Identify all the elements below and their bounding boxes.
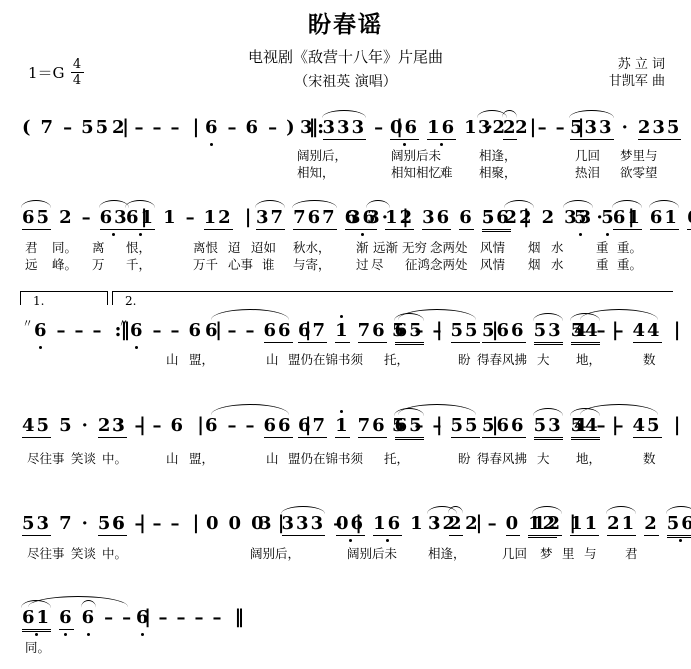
note-token: 21 — [607, 513, 636, 536]
note-token: · — [597, 207, 605, 229]
lyric-chunk: 离 — [92, 238, 105, 256]
note-token: 67 — [298, 415, 327, 438]
note-token: 5 — [392, 415, 407, 437]
note-token: 55 — [451, 415, 480, 438]
note-token: 4 — [574, 415, 589, 437]
note-token: 7 — [41, 117, 56, 139]
note-token: 533 — [570, 117, 614, 140]
lyric-chunk: 中。 — [102, 449, 127, 467]
note-token: 2 — [644, 513, 659, 536]
note-token: – — [228, 320, 237, 342]
note-token: 66 — [264, 320, 293, 343]
note-token: 2 — [542, 207, 557, 229]
lyric-chunk: 阔别后未 — [391, 146, 441, 164]
lyric-chunk: 地， — [576, 350, 601, 368]
lyric-chunk: 山 — [166, 350, 179, 368]
measure: 〃6–––:‖ — [22, 319, 129, 343]
note-token: 566 — [482, 415, 526, 438]
lyric-chunk: 相知相忆 — [391, 163, 441, 181]
note-token: 566 — [482, 320, 526, 343]
lyric-chunk: 远 — [25, 255, 38, 273]
lyric-chunk: 大 — [537, 449, 550, 467]
bar-line: | — [193, 116, 199, 138]
sheet-music-page: 盼春谣 电视剧《敌营十八年》片尾曲 （宋祖英 演唱） 1＝G 4 4 苏 立 词… — [0, 0, 691, 669]
note-token: 61 — [126, 207, 155, 230]
note-token: 6 — [112, 513, 127, 535]
performer-line: （宋祖英 演唱） — [0, 71, 691, 91]
note-token: 6 — [205, 320, 220, 342]
note-token: – — [415, 415, 424, 437]
note-token: ) — [286, 117, 297, 139]
note-token: 53 — [22, 513, 51, 536]
note-token: 44 — [633, 320, 662, 343]
note-token: 6 — [205, 415, 220, 437]
lyric-chunk: 与寄， — [293, 255, 331, 273]
note-token: – — [122, 607, 131, 629]
note-token: 55 — [81, 117, 110, 139]
measure: 4––44| — [574, 319, 680, 343]
note-token: 45 — [633, 415, 662, 438]
note-token: ( — [22, 117, 33, 139]
note-token: – — [597, 320, 606, 342]
note-token: – — [159, 607, 168, 629]
lyric-chunk: 重 — [596, 255, 609, 273]
note-token: 16 — [427, 117, 456, 140]
note-token: – — [177, 607, 186, 629]
note-token: 1 — [335, 320, 350, 343]
lyric-chunk: 数 — [643, 449, 656, 467]
ornament-icon: 〃 — [22, 313, 33, 335]
lyric-chunk: 山 — [166, 449, 179, 467]
note-token: – — [75, 320, 84, 342]
lyric-chunk: 水 — [551, 238, 564, 256]
note-token: – — [63, 117, 72, 139]
lyric-chunk: 盟， — [189, 449, 214, 467]
lyric-chunk: 过 — [356, 255, 369, 273]
lyric-chunk: 大 — [537, 350, 550, 368]
note-token: 37 — [256, 207, 285, 230]
lyric-chunk: 风情 — [480, 238, 505, 256]
bar-line: | — [245, 206, 251, 228]
composer-credit: 甘凯军 曲 — [609, 70, 665, 89]
note-token: 7 — [59, 513, 74, 535]
lyric-chunk: 里 — [562, 544, 575, 562]
note-token: 12 — [385, 207, 414, 230]
lyric-chunk: 念两处 — [430, 255, 468, 273]
lyric-chunk: 得春风拂 — [477, 350, 527, 368]
measure: 3333–| — [300, 116, 402, 140]
note-token: – — [433, 320, 442, 342]
note-token: 4 — [574, 320, 589, 342]
note-token: · — [82, 513, 90, 535]
note-token: 61 — [613, 207, 642, 230]
note-token: 2 — [465, 513, 480, 535]
note-token: – — [153, 415, 162, 437]
note-token: 235 — [638, 117, 682, 140]
lyric-chunk: 几回 — [502, 544, 527, 562]
note-token: – — [433, 415, 442, 437]
note-token: 36 — [348, 207, 377, 230]
lyric-chunk: 念两处 — [430, 238, 468, 256]
note-token: 5 — [392, 320, 407, 342]
note-token: 65 — [22, 207, 51, 230]
note-token: – — [171, 320, 180, 342]
volta-bracket: 2. — [112, 291, 673, 305]
note-token: 56 — [667, 513, 691, 538]
note-token: 6 — [34, 320, 49, 342]
lyric-chunk: 相逢， — [428, 544, 466, 562]
note-token: – — [615, 415, 624, 437]
lyric-chunk: 盟仍在锦书须 — [288, 350, 363, 368]
lyric-chunk: 与 — [584, 544, 597, 562]
note-token: 6 — [59, 607, 74, 630]
lyric-chunk: 托， — [384, 350, 409, 368]
lyric-chunk: 万千 — [193, 255, 218, 273]
lyric-chunk: 恨， — [126, 238, 151, 256]
measure: 6–––| — [112, 512, 198, 536]
note-token: 3 — [259, 513, 274, 535]
bar-line: | — [193, 512, 199, 534]
lyric-chunk: 盟仍在锦书须 — [288, 449, 363, 467]
lyric-chunk: 君 — [25, 238, 38, 256]
slur-arc — [398, 404, 476, 415]
note-token: 0 — [229, 513, 244, 535]
note-token: 5 — [482, 207, 497, 229]
measure: 5·61616| — [574, 206, 691, 230]
note-token: 767 — [293, 207, 337, 230]
lyric-chunk: 笑谈 — [71, 544, 96, 562]
note-token: 55 — [451, 320, 480, 343]
note-token: 63 — [100, 207, 129, 230]
lyric-chunk: 千， — [126, 255, 151, 273]
note-token: – — [213, 607, 222, 629]
note-token: 53 — [534, 415, 563, 440]
lyric-chunk: 山 — [266, 449, 279, 467]
volta-label: 1. — [33, 294, 44, 308]
measure: 611–12| — [126, 206, 251, 230]
measure: 3––6| — [112, 414, 203, 438]
lyric-chunk: 尽往事 — [27, 449, 65, 467]
note-token: – — [246, 415, 255, 437]
note-token: 12 — [204, 207, 233, 230]
note-token: 0 — [206, 513, 221, 535]
note-token: – — [171, 513, 180, 535]
lyric-chunk: 得春风拂 — [477, 449, 527, 467]
lyric-chunk: 托， — [384, 449, 409, 467]
lyric-chunk: 热泪 — [575, 163, 600, 181]
note-token: 06 — [390, 117, 419, 140]
note-token: 5 — [59, 415, 74, 437]
note-token: 76 — [358, 320, 387, 343]
note-token: 6 — [171, 415, 186, 437]
meter-denominator: 4 — [73, 74, 81, 87]
lyric-chunk: 阔别后， — [250, 544, 300, 562]
lyric-chunk: 梦里与 — [620, 146, 658, 164]
lyric-chunk: 数 — [643, 350, 656, 368]
lyric-chunk: 相聚， — [479, 163, 517, 181]
note-token: 6 — [130, 320, 145, 342]
slur-arc — [211, 309, 289, 320]
note-token: · — [622, 117, 630, 139]
lyric-chunk: 离恨 — [193, 238, 218, 256]
bar-line: | — [197, 414, 203, 436]
note-token: 45 — [22, 415, 51, 438]
note-token: 1 — [335, 415, 350, 438]
lyric-chunk: 难 — [440, 163, 453, 181]
note-token: · — [82, 415, 90, 437]
note-token: 61 — [22, 607, 51, 632]
note-token: 333 — [282, 513, 326, 536]
note-token: 36 — [422, 207, 451, 230]
lyric-chunk: 尽 — [371, 255, 384, 273]
note-token: – — [57, 320, 66, 342]
volta-label: 2. — [125, 294, 136, 308]
measure: 6166––| — [22, 606, 150, 630]
note-token: 6 — [246, 117, 261, 139]
note-token: – — [415, 320, 424, 342]
slur-arc — [580, 309, 658, 320]
note-token: 6 — [136, 607, 151, 629]
lyric-chunk: 重。 — [617, 255, 642, 273]
lyric-chunk: 秋水， — [293, 238, 331, 256]
lyric-chunk: 迢 — [228, 238, 241, 256]
song-subtitle: 电视剧《敌营十八年》片尾曲 — [0, 46, 691, 67]
lyric-chunk: 盼 — [458, 449, 471, 467]
lyric-chunk: 水 — [551, 255, 564, 273]
slur-arc — [211, 404, 289, 415]
lyric-chunk: 心事 — [228, 255, 253, 273]
lyric-chunk: 相知， — [297, 163, 335, 181]
note-token: 3 — [300, 117, 315, 139]
note-token: 06 — [336, 513, 365, 536]
meter-fraction: 4 4 — [71, 58, 84, 87]
final-bar-line: ‖ — [235, 606, 244, 628]
note-token: – — [82, 207, 91, 229]
lyric-chunk: 地， — [576, 449, 601, 467]
slur-arc — [398, 309, 476, 320]
measure: 6––––‖ — [136, 606, 243, 630]
note-token: 6 — [687, 207, 691, 230]
lyric-chunk: 尽往事 — [27, 544, 65, 562]
note-token: – — [374, 117, 383, 139]
lyric-chunk: 同。 — [52, 238, 77, 256]
note-token: 6 — [205, 117, 220, 139]
note-token: – — [135, 513, 144, 535]
note-token: 0 — [506, 513, 521, 536]
key-signature: 1＝G 4 4 — [28, 58, 84, 87]
note-token: 66 — [264, 415, 293, 438]
lyric-chunk: 同。 — [25, 638, 50, 656]
note-token: 6 — [82, 607, 97, 629]
note-token: – — [153, 320, 162, 342]
note-token: 6 — [189, 320, 204, 342]
lyric-chunk: 无穷 — [402, 238, 427, 256]
lyric-chunk: 渐 — [356, 238, 369, 256]
note-token: 5 — [574, 207, 589, 229]
lyric-chunk: 阔别后未 — [347, 544, 397, 562]
note-token: 76 — [358, 415, 387, 438]
note-token: 32 — [428, 513, 457, 535]
note-token: 61 — [650, 207, 679, 230]
lyric-chunk: 几回 — [575, 146, 600, 164]
note-token: 333 — [323, 117, 367, 140]
lyric-chunk: 重。 — [617, 238, 642, 256]
note-token: – — [135, 415, 144, 437]
measure: 1211212561| — [533, 512, 691, 536]
lyric-chunk: 欲零望 — [620, 163, 658, 181]
ornament-icon: 〃 — [118, 313, 129, 335]
note-token: – — [556, 117, 565, 139]
measure: 2–––| — [112, 116, 198, 140]
note-token: 53 — [534, 320, 563, 345]
note-token: – — [268, 117, 277, 139]
note-token: – — [171, 117, 180, 139]
bar-line: | — [674, 319, 680, 341]
slur-arc — [580, 404, 658, 415]
note-token: 11 — [570, 513, 599, 536]
lyric-chunk: 君 — [625, 544, 638, 562]
measure: 6––66| — [205, 414, 311, 438]
note-token: 32 — [478, 117, 507, 139]
note-token: – — [538, 117, 547, 139]
lyric-chunk: 迢如 — [251, 238, 276, 256]
note-token: – — [195, 607, 204, 629]
note-token: 1 — [410, 513, 425, 535]
note-token: – — [153, 117, 162, 139]
lyric-chunk: 谁 — [262, 255, 275, 273]
lyric-chunk: 烟 — [528, 255, 541, 273]
note-token: – — [488, 513, 497, 535]
lyric-chunk: 远渐 — [373, 238, 398, 256]
note-token: – — [615, 320, 624, 342]
lyric-chunk: 盼 — [458, 350, 471, 368]
lyric-chunk: 中。 — [102, 544, 127, 562]
bar-line: | — [674, 414, 680, 436]
meter-numerator: 4 — [73, 58, 81, 71]
measure: 4––45| — [574, 414, 680, 438]
note-token: – — [228, 415, 237, 437]
note-token: – — [246, 320, 255, 342]
note-token: – — [153, 513, 162, 535]
note-token: 1 — [464, 117, 479, 139]
note-token: – — [93, 320, 102, 342]
lyric-chunk: 笑谈 — [71, 449, 96, 467]
note-token: 1 — [163, 207, 178, 229]
lyric-chunk: 峰。 — [52, 255, 77, 273]
note-token: – — [135, 117, 144, 139]
note-token: 2 — [112, 117, 127, 139]
note-token: 16 — [373, 513, 402, 536]
measure: 6––66| — [205, 319, 311, 343]
measure: 322––| — [478, 116, 584, 140]
lyric-chunk: 山 — [266, 350, 279, 368]
lyric-chunk: 盟， — [189, 350, 214, 368]
key-label: 1＝G — [28, 62, 65, 83]
note-token: 22 — [505, 207, 534, 229]
lyric-chunk: 梦 — [540, 544, 553, 562]
note-token: 2 — [515, 117, 530, 139]
song-title: 盼春谣 — [0, 6, 691, 39]
note-token: 12 — [533, 513, 562, 536]
lyric-chunk: 万 — [92, 255, 105, 273]
note-token: 3 — [112, 415, 127, 437]
lyric-chunk: 阔别后， — [297, 146, 347, 164]
measure: 533·235| — [570, 116, 691, 140]
lyric-chunk: 烟 — [528, 238, 541, 256]
note-token: – — [597, 415, 606, 437]
lyric-chunk: 重 — [596, 238, 609, 256]
lyric-chunk: 相逢， — [479, 146, 517, 164]
note-token: 6 — [459, 207, 474, 230]
lyric-chunk: 风情 — [480, 255, 505, 273]
note-token: 2 — [59, 207, 74, 229]
note-token: – — [104, 607, 113, 629]
note-token: – — [228, 117, 237, 139]
lyric-chunk: 征鸿 — [405, 255, 430, 273]
volta-bracket: 1. — [20, 291, 108, 305]
note-token: 67 — [298, 320, 327, 343]
note-token: – — [186, 207, 195, 229]
